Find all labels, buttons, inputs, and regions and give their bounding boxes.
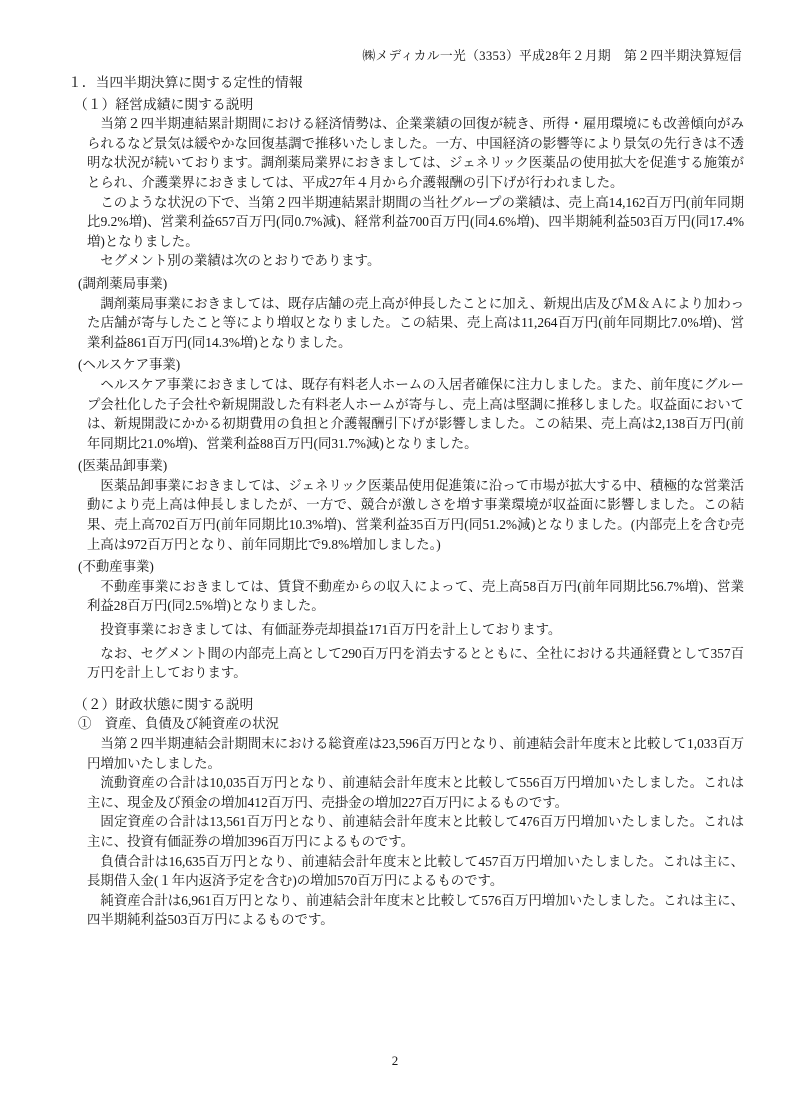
- page-number: 2: [0, 1053, 790, 1069]
- segment-drug-wholesale-body: 医薬品卸事業におきましては、ジェネリック医薬品使用促進策に沿って市場が拡大する中…: [87, 476, 744, 554]
- segment-pharmacy-label: (調剤薬局事業): [78, 274, 744, 294]
- segment-drug-wholesale-label: (医薬品卸事業): [78, 456, 744, 476]
- item-assets-liabilities-title: ① 資産、負債及び純資産の状況: [78, 714, 744, 734]
- subsection-financial-position-title: （２）財政状態に関する説明: [74, 695, 744, 715]
- segment-real-estate-label: (不動産事業): [78, 557, 744, 577]
- para-investment-business: 投資事業におきましては、有価証券売却損益171百万円を計上しております。: [87, 620, 744, 640]
- segment-healthcare-label: (ヘルスケア事業): [78, 355, 744, 375]
- para-economy-overview: 当第２四半期連結累計期間における経済情勢は、企業業績の回復が続き、所得・雇用環境…: [87, 114, 744, 192]
- para-current-assets: 流動資産の合計は10,035百万円となり、前連結会計年度末と比較して556百万円…: [87, 773, 744, 812]
- segment-healthcare: (ヘルスケア事業) ヘルスケア事業におきましては、既存有料老人ホームの入居者確保…: [68, 355, 744, 453]
- segment-pharmacy: (調剤薬局事業) 調剤薬局事業におきましては、既存店舗の売上高が伸長したことに加…: [68, 274, 744, 352]
- document-body: １．当四半期決算に関する定性的情報 （１）経営成績に関する説明 当第２四半期連結…: [68, 71, 744, 930]
- segment-drug-wholesale: (医薬品卸事業) 医薬品卸事業におきましては、ジェネリック医薬品使用促進策に沿っ…: [68, 456, 744, 554]
- para-fixed-assets: 固定資産の合計は13,561百万円となり、前連結会計年度末と比較して476百万円…: [87, 812, 744, 851]
- section1-title: １．当四半期決算に関する定性的情報: [68, 73, 744, 93]
- para-group-results: このような状況の下で、当第２四半期連結累計期間の当社グループの業績は、売上高14…: [87, 193, 744, 252]
- document-header: ㈱メディカル一光（3353）平成28年２月期 第２四半期決算短信: [0, 45, 742, 64]
- para-intersegment-elimination: なお、セグメント間の内部売上高として290百万円を消去するとともに、全社における…: [87, 644, 744, 683]
- para-liabilities: 負債合計は16,635百万円となり、前連結会計年度末と比較して457百万円増加い…: [87, 852, 744, 891]
- para-net-assets: 純資産合計は6,961百万円となり、前連結会計年度末と比較して576百万円増加い…: [87, 891, 744, 930]
- segment-real-estate-body: 不動産事業におきましては、賃貸不動産からの収入によって、売上高58百万円(前年同…: [87, 577, 744, 616]
- segment-healthcare-body: ヘルスケア事業におきましては、既存有料老人ホームの入居者確保に注力しました。また…: [87, 375, 744, 453]
- segment-real-estate: (不動産事業) 不動産事業におきましては、賃貸不動産からの収入によって、売上高5…: [68, 557, 744, 616]
- subsection-business-results-title: （１）経営成績に関する説明: [74, 95, 744, 115]
- para-total-assets: 当第２四半期連結会計期間末における総資産は23,596百万円となり、前連結会計年…: [87, 734, 744, 773]
- segment-pharmacy-body: 調剤薬局事業におきましては、既存店舗の売上高が伸長したことに加え、新規出店及びＭ…: [87, 294, 744, 353]
- para-segment-intro: セグメント別の業績は次のとおりであります。: [87, 251, 744, 271]
